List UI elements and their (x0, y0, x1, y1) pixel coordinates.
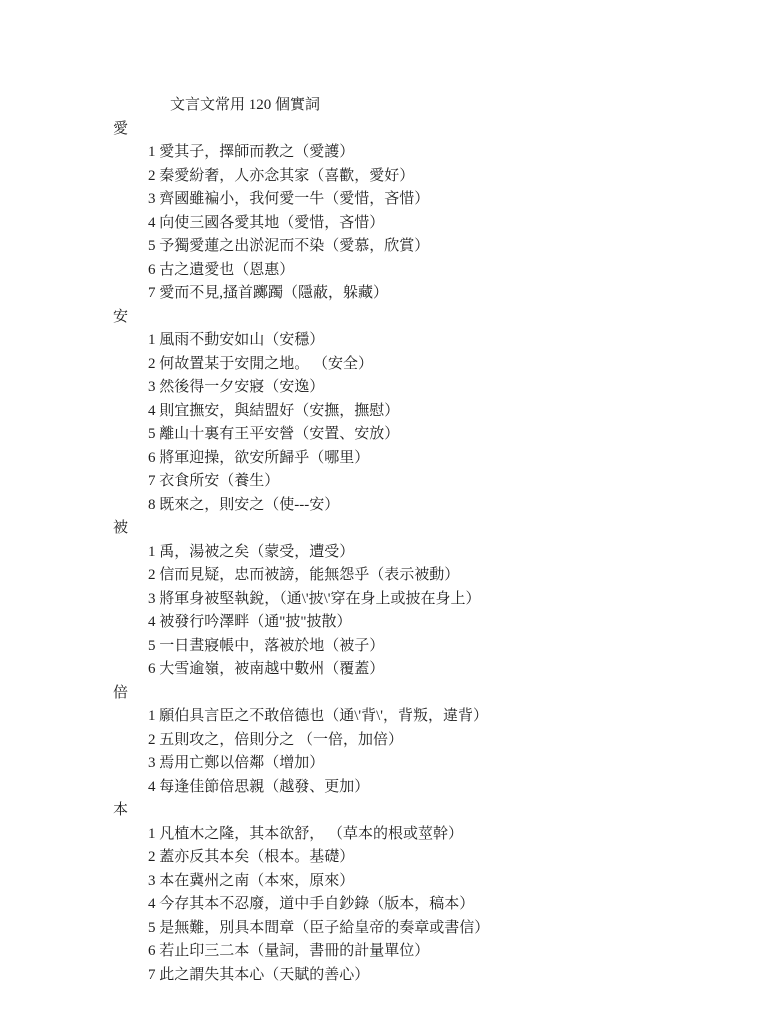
entry-line: 6 若止印三二本（量詞，書冊的計量單位） (0, 940, 768, 964)
entry-line: 5 一日晝寢帳中，落被於地（被子） (0, 635, 768, 659)
entry-line: 2 信而見疑，忠而被謗，能無怨乎（表示被動） (0, 564, 768, 588)
entry-line: 1 風雨不動安如山（安穩） (0, 329, 768, 353)
entry-line: 1 凡植木之隆，其本欲舒， （草本的根或莖幹） (0, 823, 768, 847)
section-headword: 倍 (0, 682, 768, 706)
section-entries: 1 禹，湯被之矣（蒙受，遭受）2 信而見疑，忠而被謗，能無怨乎（表示被動）3 將… (0, 541, 768, 682)
entry-line: 4 今存其本不忍廢，道中手自鈔錄（版本，稿本） (0, 893, 768, 917)
entry-line: 2 秦愛紛奢，人亦念其家（喜歡，愛好） (0, 165, 768, 189)
entry-line: 5 予獨愛蓮之出淤泥而不染（愛慕，欣賞） (0, 235, 768, 259)
document-page: 文言文常用 120 個實詞 愛 1 愛其子，擇師而教之（愛護）2 秦愛紛奢，人亦… (0, 0, 768, 1024)
entry-line: 6 大雪逾嶺，被南越中數州（覆蓋） (0, 658, 768, 682)
entry-line: 3 將軍身被堅執銳，（通\'披\'穿在身上或披在身上） (0, 588, 768, 612)
entry-line: 6 古之遺愛也（恩惠） (0, 259, 768, 283)
entry-line: 1 愛其子，擇師而教之（愛護） (0, 141, 768, 165)
word-section: 本 1 凡植木之隆，其本欲舒， （草本的根或莖幹）2 蓋亦反其本矣（根本。基礎）… (0, 799, 768, 987)
section-headword: 安 (0, 306, 768, 330)
section-entries: 1 願伯具言臣之不敢倍德也（通\'背\'，背叛，違背）2 五則攻之，倍則分之 （… (0, 705, 768, 799)
entry-line: 5 離山十裏有王平安營（安置、安放） (0, 423, 768, 447)
entry-line: 2 五則攻之，倍則分之 （一倍，加倍） (0, 729, 768, 753)
document-body: 文言文常用 120 個實詞 愛 1 愛其子，擇師而教之（愛護）2 秦愛紛奢，人亦… (0, 0, 768, 987)
entry-line: 3 齊國雖褊小，我何愛一牛（愛惜，吝惜） (0, 188, 768, 212)
entry-line: 8 既來之，則安之（使---安） (0, 494, 768, 518)
entry-line: 7 此之謂失其本心（天賦的善心） (0, 964, 768, 988)
word-section: 愛 1 愛其子，擇師而教之（愛護）2 秦愛紛奢，人亦念其家（喜歡，愛好）3 齊國… (0, 118, 768, 306)
entry-line: 3 本在冀州之南（本來，原來） (0, 870, 768, 894)
entry-line: 2 蓋亦反其本矣（根本。基礎） (0, 846, 768, 870)
section-entries: 1 凡植木之隆，其本欲舒， （草本的根或莖幹）2 蓋亦反其本矣（根本。基礎）3 … (0, 823, 768, 988)
section-entries: 1 愛其子，擇師而教之（愛護）2 秦愛紛奢，人亦念其家（喜歡，愛好）3 齊國雖褊… (0, 141, 768, 306)
section-headword: 愛 (0, 118, 768, 142)
entry-line: 5 是無難，別具本間章（臣子給皇帝的奏章或書信） (0, 917, 768, 941)
entry-line: 4 被發行吟澤畔（通"披"披散） (0, 611, 768, 635)
sections-container: 愛 1 愛其子，擇師而教之（愛護）2 秦愛紛奢，人亦念其家（喜歡，愛好）3 齊國… (0, 118, 768, 988)
entry-line: 6 將軍迎操，欲安所歸乎（哪里） (0, 447, 768, 471)
word-section: 安 1 風雨不動安如山（安穩）2 何故置某于安閒之地。 （安全）3 然後得一夕安… (0, 306, 768, 518)
entry-line: 7 衣食所安（養生） (0, 470, 768, 494)
entry-line: 3 焉用亡鄭以倍鄰（增加） (0, 752, 768, 776)
entry-line: 2 何故置某于安閒之地。 （安全） (0, 353, 768, 377)
entry-line: 1 禹，湯被之矣（蒙受，遭受） (0, 541, 768, 565)
section-headword: 本 (0, 799, 768, 823)
section-headword: 被 (0, 517, 768, 541)
entry-line: 4 向使三國各愛其地（愛惜，吝惜） (0, 212, 768, 236)
entry-line: 1 願伯具言臣之不敢倍德也（通\'背\'，背叛，違背） (0, 705, 768, 729)
word-section: 倍 1 願伯具言臣之不敢倍德也（通\'背\'，背叛，違背）2 五則攻之，倍則分之… (0, 682, 768, 800)
section-entries: 1 風雨不動安如山（安穩）2 何故置某于安閒之地。 （安全）3 然後得一夕安寢（… (0, 329, 768, 517)
entry-line: 4 每逢佳節倍思親（越發、更加） (0, 776, 768, 800)
entry-line: 4 則宜撫安，與結盟好（安撫，撫慰） (0, 400, 768, 424)
entry-line: 3 然後得一夕安寢（安逸） (0, 376, 768, 400)
entry-line: 7 愛而不見,搔首躑躅（隱蔽，躲藏） (0, 282, 768, 306)
word-section: 被 1 禹，湯被之矣（蒙受，遭受）2 信而見疑，忠而被謗，能無怨乎（表示被動）3… (0, 517, 768, 682)
document-title: 文言文常用 120 個實詞 (0, 94, 768, 118)
